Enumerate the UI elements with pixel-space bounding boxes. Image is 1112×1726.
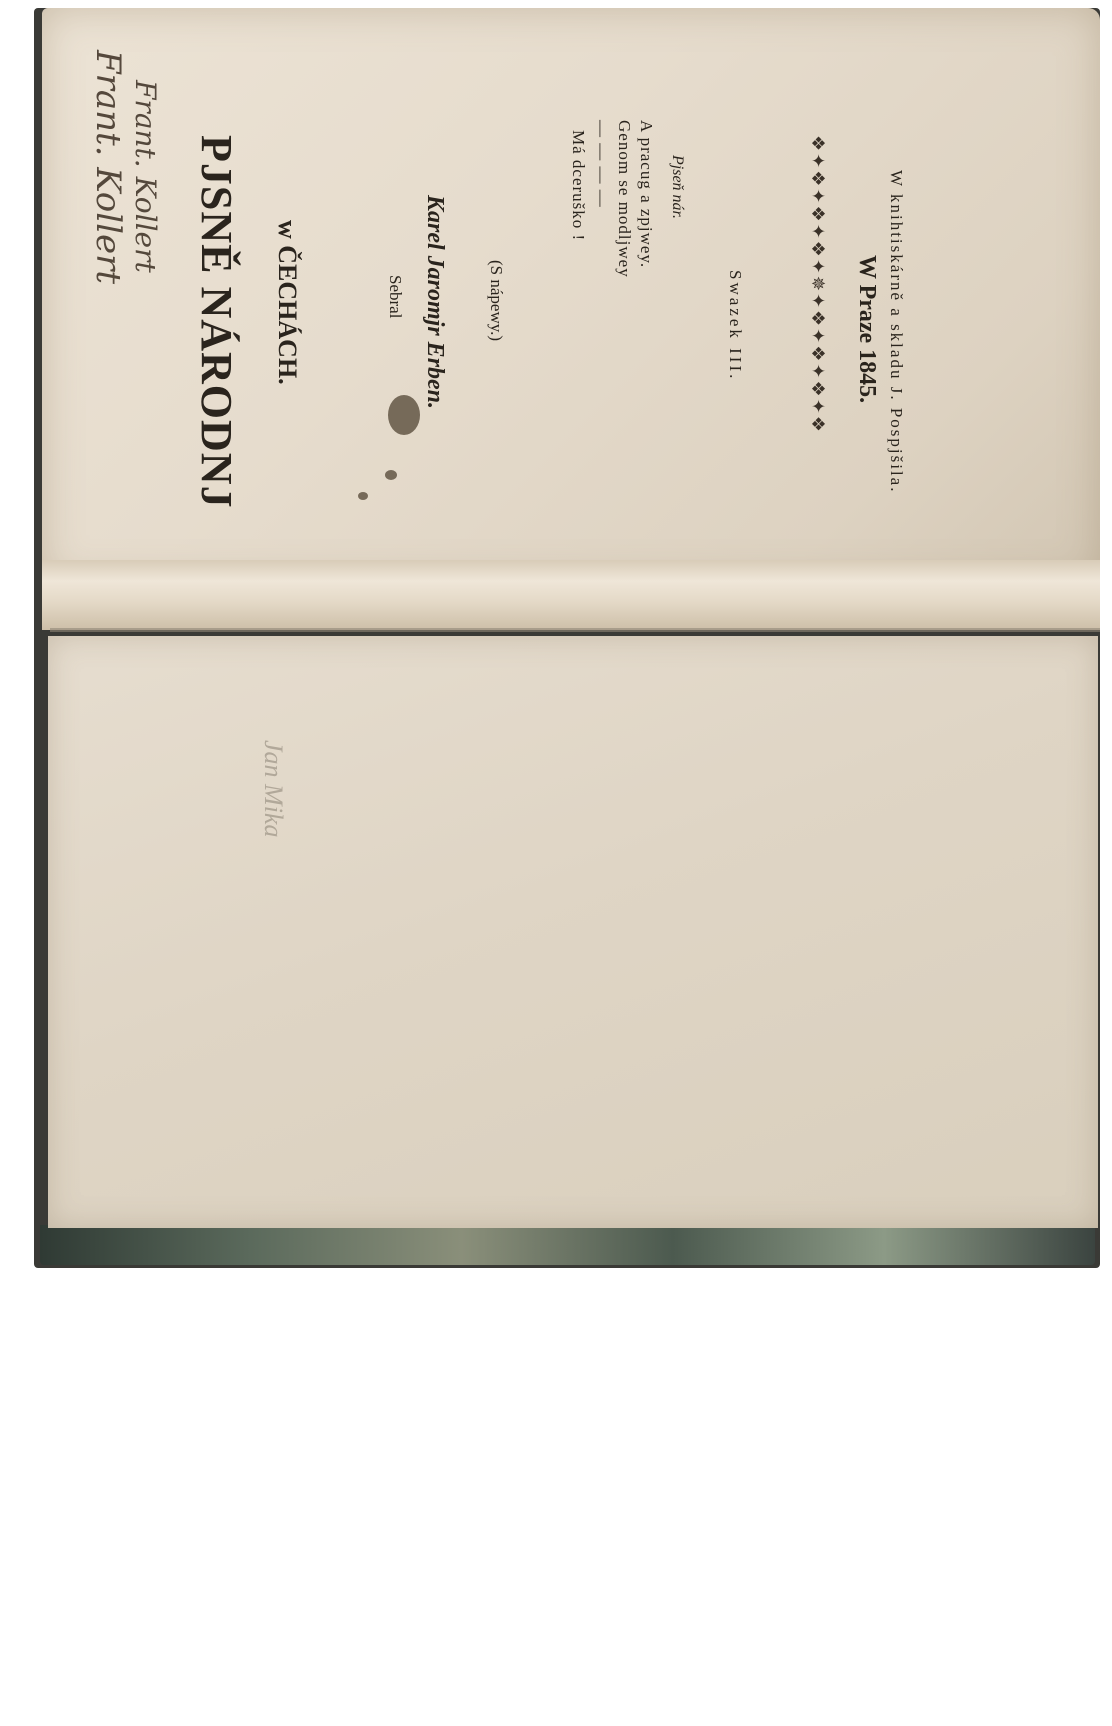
epigraph-line-2: — — — — [589, 120, 613, 208]
ornamental-rule: ❖✦❖✦❖✦❖✦✵✦❖✦❖✦❖✦❖ [807, 135, 828, 434]
handwritten-signature: Frant. Kollert [88, 50, 128, 284]
pencil-inscription: Jan Mika [258, 740, 288, 837]
book-title: PJSNĚ NÁRODNJ [191, 135, 242, 509]
page-fold [42, 560, 1100, 630]
epigraph-line-4: A pracug a zpjwey. [634, 120, 658, 268]
book-subtitle: w ČECHÁCH. [272, 220, 302, 385]
place-year: W Praze 1845. [853, 255, 880, 403]
volume-label: Swazek III. [725, 270, 745, 381]
ink-stain [388, 395, 420, 435]
collected-by-label: Sebral [385, 275, 405, 318]
ink-stain-small [385, 470, 397, 480]
spine-crease [50, 628, 1100, 632]
epigraph-source: Pjseň nár. [668, 155, 686, 219]
cover-marbled-edge [40, 1225, 1095, 1265]
publisher-imprint: W knihtiskárně a skladu J. Pospjšila. [886, 170, 906, 493]
epigraph-line-1: Má dceruško ! [566, 130, 590, 241]
endpaper-page [48, 636, 1098, 1228]
music-note-label: (S nápewy.) [486, 260, 506, 341]
handwritten-signature-second: Frant. Kollert [129, 80, 162, 273]
author-name: Karel Jaromjr Erben. [421, 195, 448, 409]
ink-stain-small [358, 492, 368, 500]
epigraph-line-3: Genom se modljwey [612, 120, 636, 278]
